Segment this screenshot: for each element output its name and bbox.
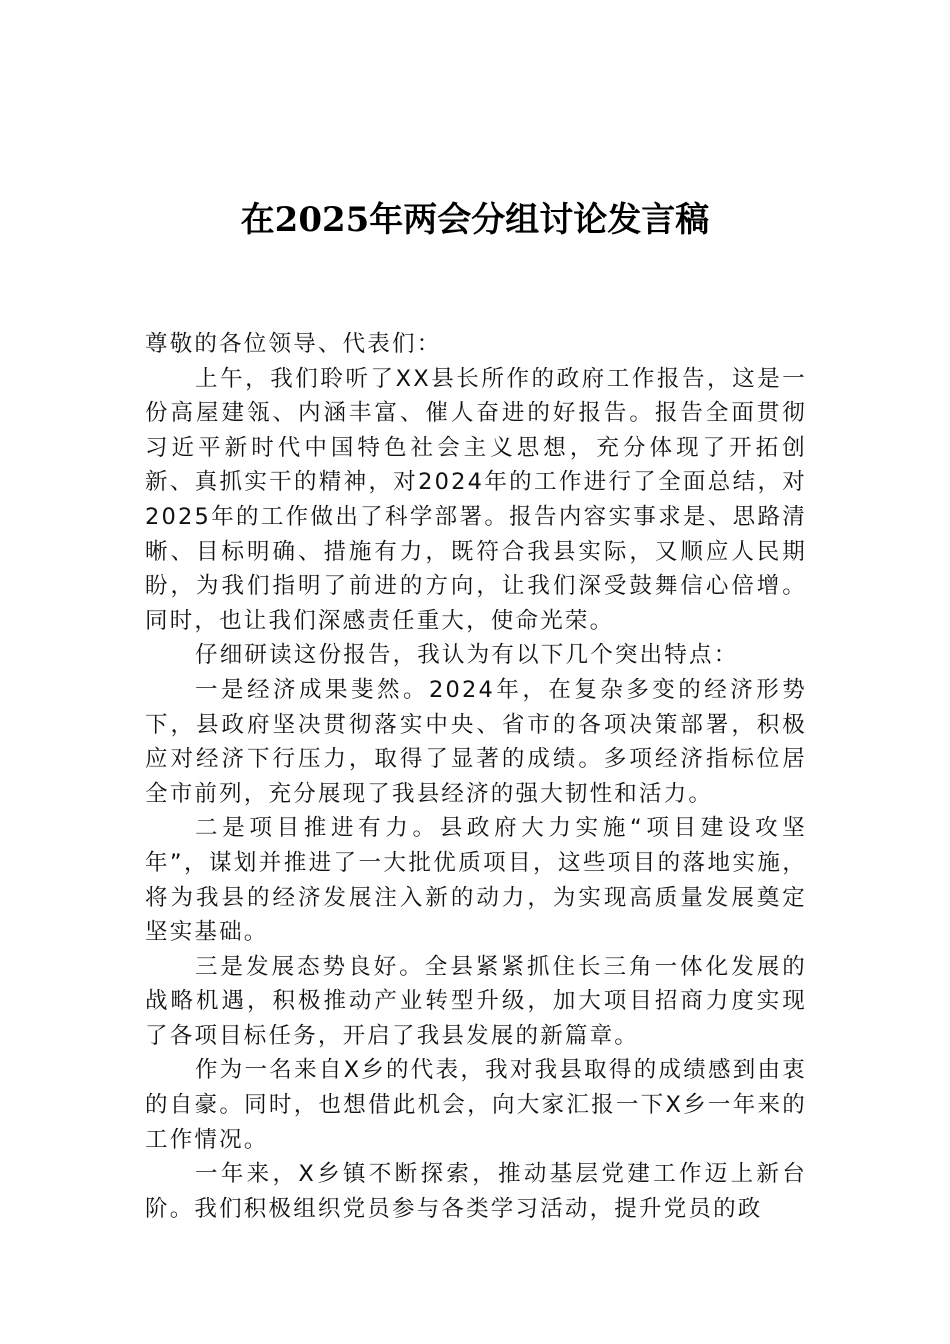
paragraph: 一年来，X乡镇不断探索，推动基层党建工作迈上新台阶。我们积极组织党员参与各类学习…	[145, 1157, 807, 1226]
document-title: 在2025年两会分组讨论发言稿	[0, 196, 950, 244]
paragraph: 作为一名来自X乡的代表，我对我县取得的成绩感到由衷的自豪。同时，也想借此机会，向…	[145, 1053, 807, 1157]
salutation: 尊敬的各位领导、代表们：	[145, 327, 807, 362]
paragraph: 仔细研读这份报告，我认为有以下几个突出特点：	[145, 638, 807, 673]
paragraph: 二是项目推进有力。县政府大力实施“项目建设攻坚年”，谋划并推进了一大批优质项目，…	[145, 811, 807, 949]
document-body: 尊敬的各位领导、代表们： 上午，我们聆听了XX县长所作的政府工作报告，这是一份高…	[145, 327, 807, 1226]
paragraph: 三是发展态势良好。全县紧紧抓住长三角一体化发展的战略机遇，积极推动产业转型升级，…	[145, 950, 807, 1054]
paragraph: 一是经济成果斐然。2024年，在复杂多变的经济形势下，县政府坚决贯彻落实中央、省…	[145, 673, 807, 811]
document-page: 在2025年两会分组讨论发言稿 尊敬的各位领导、代表们： 上午，我们聆听了XX县…	[0, 0, 950, 1344]
paragraph: 上午，我们聆听了XX县长所作的政府工作报告，这是一份高屋建瓴、内涵丰富、催人奋进…	[145, 362, 807, 639]
